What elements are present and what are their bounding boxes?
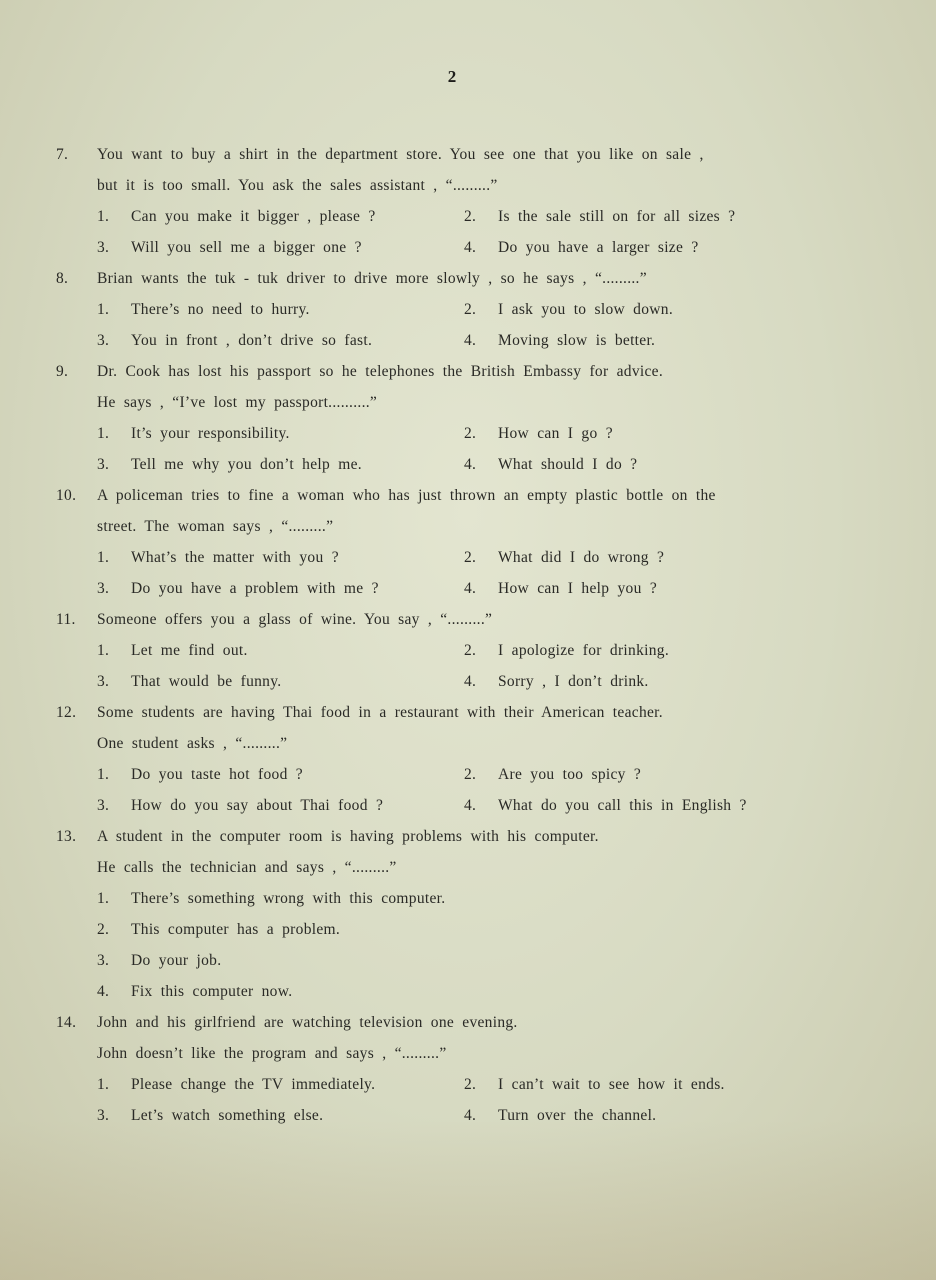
option-number: 4. (464, 575, 498, 603)
answer-option: 4.Turn over the channel. (464, 1102, 656, 1130)
option-text: Please change the TV immediately. (131, 1076, 375, 1093)
question-prompt: but it is too small. You ask the sales a… (97, 172, 498, 200)
option-text: Do you have a problem with me ? (131, 580, 379, 597)
question-prompt: He says , “I’ve lost my passport........… (97, 389, 377, 417)
option-text: Fix this computer now. (131, 983, 292, 1000)
option-text: Turn over the channel. (498, 1107, 656, 1124)
question-prompt-line: 9.Dr. Cook has lost his passport so he t… (56, 358, 886, 389)
option-number: 1. (97, 296, 131, 324)
option-text: It’s your responsibility. (131, 425, 290, 442)
question-number: 7. (56, 141, 68, 169)
option-text: This computer has a problem. (131, 921, 340, 938)
question-prompt: Someone offers you a glass of wine. You … (97, 606, 492, 634)
answer-option: 3.Will you sell me a bigger one ? (97, 234, 362, 262)
answer-option: 2.Is the sale still on for all sizes ? (464, 203, 735, 231)
option-number: 1. (97, 1071, 131, 1099)
options-row: 3.That would be funny.4.Sorry , I don’t … (56, 668, 886, 699)
option-text: I can’t wait to see how it ends. (498, 1076, 725, 1093)
options-row: 1.What’s the matter with you ?2.What did… (56, 544, 886, 575)
answer-option: 1.There’s something wrong with this comp… (97, 885, 445, 913)
option-number: 3. (97, 451, 131, 479)
answer-option: 2.Are you too spicy ? (464, 761, 641, 789)
answer-option: 3.Tell me why you don’t help me. (97, 451, 362, 479)
answer-option: 4.What do you call this in English ? (464, 792, 747, 820)
option-number: 1. (97, 885, 131, 913)
answer-option: 1.Let me find out. (97, 637, 248, 665)
option-number: 2. (464, 203, 498, 231)
question-prompt: You want to buy a shirt in the departmen… (97, 141, 704, 169)
options-row: 1.Please change the TV immediately.2.I c… (56, 1071, 886, 1102)
question-prompt: John and his girlfriend are watching tel… (97, 1009, 518, 1037)
question-prompt-line: 7.You want to buy a shirt in the departm… (56, 141, 886, 172)
option-number: 2. (464, 296, 498, 324)
question-number: 10. (56, 482, 76, 510)
option-number: 1. (97, 637, 131, 665)
question-prompt: He calls the technician and says , “....… (97, 854, 397, 882)
question-prompt-line: street. The woman says , “.........” (56, 513, 886, 544)
answer-option: 2.I apologize for drinking. (464, 637, 669, 665)
question-prompt: Brian wants the tuk - tuk driver to driv… (97, 265, 647, 293)
question-prompt-line: 8.Brian wants the tuk - tuk driver to dr… (56, 265, 886, 296)
option-text: I apologize for drinking. (498, 642, 669, 659)
option-text: There’s no need to hurry. (131, 301, 310, 318)
option-number: 3. (97, 234, 131, 262)
question-number: 12. (56, 699, 76, 727)
option-text: Moving slow is better. (498, 332, 655, 349)
answer-option: 2.What did I do wrong ? (464, 544, 664, 572)
question-prompt: One student asks , “.........” (97, 730, 287, 758)
exam-page: 2 7.You want to buy a shirt in the depar… (0, 0, 936, 1280)
option-text: There’s something wrong with this comput… (131, 890, 445, 907)
answer-option: 4.Do you have a larger size ? (464, 234, 699, 262)
answer-option: 2.I can’t wait to see how it ends. (464, 1071, 725, 1099)
option-text: Can you make it bigger , please ? (131, 208, 376, 225)
answer-option: 4.What should I do ? (464, 451, 637, 479)
question-prompt: A student in the computer room is having… (97, 823, 599, 851)
options-row: 3.You in front , don’t drive so fast.4.M… (56, 327, 886, 358)
question-prompt-line: 11.Someone offers you a glass of wine. Y… (56, 606, 886, 637)
option-number: 3. (97, 792, 131, 820)
answer-option: 3.That would be funny. (97, 668, 281, 696)
answer-option: 2.How can I go ? (464, 420, 613, 448)
options-row: 3.Will you sell me a bigger one ?4.Do yo… (56, 234, 886, 265)
question-prompt: Some students are having Thai food in a … (97, 699, 663, 727)
option-number: 2. (464, 761, 498, 789)
answer-option: 3.Do your job. (97, 947, 221, 975)
option-number: 4. (464, 668, 498, 696)
question-number: 14. (56, 1009, 76, 1037)
option-text: Let’s watch something else. (131, 1107, 323, 1124)
option-text: Sorry , I don’t drink. (498, 673, 649, 690)
options-row: 1.There’s something wrong with this comp… (56, 885, 886, 916)
question-prompt-line: 12.Some students are having Thai food in… (56, 699, 886, 730)
question-prompt-line: but it is too small. You ask the sales a… (56, 172, 886, 203)
question-prompt: A policeman tries to fine a woman who ha… (97, 482, 716, 510)
question-prompt: Dr. Cook has lost his passport so he tel… (97, 358, 663, 386)
answer-option: 4.Moving slow is better. (464, 327, 655, 355)
options-row: 1.Can you make it bigger , please ?2.Is … (56, 203, 886, 234)
question-list: 7.You want to buy a shirt in the departm… (56, 141, 886, 1133)
option-number: 3. (97, 327, 131, 355)
options-row: 3.Do your job. (56, 947, 886, 978)
option-text: What’s the matter with you ? (131, 549, 339, 566)
options-row: 1.There’s no need to hurry.2.I ask you t… (56, 296, 886, 327)
option-text: I ask you to slow down. (498, 301, 673, 318)
option-text: You in front , don’t drive so fast. (131, 332, 372, 349)
option-text: Let me find out. (131, 642, 248, 659)
option-number: 4. (464, 792, 498, 820)
answer-option: 1.Do you taste hot food ? (97, 761, 303, 789)
options-row: 4.Fix this computer now. (56, 978, 886, 1009)
answer-option: 4.How can I help you ? (464, 575, 657, 603)
option-number: 4. (464, 327, 498, 355)
page-number: 2 (0, 67, 904, 87)
option-number: 2. (464, 1071, 498, 1099)
question-number: 8. (56, 265, 68, 293)
option-number: 4. (464, 1102, 498, 1130)
answer-option: 4.Sorry , I don’t drink. (464, 668, 649, 696)
question-number: 13. (56, 823, 76, 851)
answer-option: 2.This computer has a problem. (97, 916, 340, 944)
answer-option: 2.I ask you to slow down. (464, 296, 673, 324)
question-prompt-line: 10.A policeman tries to fine a woman who… (56, 482, 886, 513)
answer-option: 1.It’s your responsibility. (97, 420, 290, 448)
option-number: 1. (97, 761, 131, 789)
option-number: 3. (97, 947, 131, 975)
option-number: 3. (97, 1102, 131, 1130)
options-row: 1.It’s your responsibility.2.How can I g… (56, 420, 886, 451)
option-text: What do you call this in English ? (498, 797, 747, 814)
options-row: 3.Tell me why you don’t help me.4.What s… (56, 451, 886, 482)
option-text: How can I help you ? (498, 580, 657, 597)
option-number: 2. (97, 916, 131, 944)
question-prompt-line: John doesn’t like the program and says ,… (56, 1040, 886, 1071)
question-prompt: John doesn’t like the program and says ,… (97, 1040, 447, 1068)
options-row: 1.Do you taste hot food ?2.Are you too s… (56, 761, 886, 792)
option-text: That would be funny. (131, 673, 281, 690)
options-row: 3.How do you say about Thai food ?4.What… (56, 792, 886, 823)
answer-option: 1.What’s the matter with you ? (97, 544, 339, 572)
answer-option: 3.How do you say about Thai food ? (97, 792, 383, 820)
option-number: 1. (97, 420, 131, 448)
option-text: How do you say about Thai food ? (131, 797, 383, 814)
answer-option: 3.Let’s watch something else. (97, 1102, 323, 1130)
option-number: 3. (97, 575, 131, 603)
option-number: 1. (97, 203, 131, 231)
answer-option: 3.You in front , don’t drive so fast. (97, 327, 372, 355)
option-number: 4. (97, 978, 131, 1006)
option-number: 1. (97, 544, 131, 572)
option-text: Is the sale still on for all sizes ? (498, 208, 735, 225)
option-number: 2. (464, 637, 498, 665)
option-text: Do your job. (131, 952, 221, 969)
question-prompt: street. The woman says , “.........” (97, 513, 333, 541)
option-text: What should I do ? (498, 456, 637, 473)
options-row: 2.This computer has a problem. (56, 916, 886, 947)
question-prompt-line: 14.John and his girlfriend are watching … (56, 1009, 886, 1040)
question-prompt-line: 13.A student in the computer room is hav… (56, 823, 886, 854)
option-number: 3. (97, 668, 131, 696)
options-row: 3.Do you have a problem with me ?4.How c… (56, 575, 886, 606)
question-prompt-line: He calls the technician and says , “....… (56, 854, 886, 885)
option-text: Are you too spicy ? (498, 766, 641, 783)
options-row: 3.Let’s watch something else.4.Turn over… (56, 1102, 886, 1133)
option-number: 4. (464, 234, 498, 262)
answer-option: 3.Do you have a problem with me ? (97, 575, 379, 603)
question-prompt-line: One student asks , “.........” (56, 730, 886, 761)
options-row: 1.Let me find out.2.I apologize for drin… (56, 637, 886, 668)
option-text: How can I go ? (498, 425, 613, 442)
option-text: Tell me why you don’t help me. (131, 456, 362, 473)
option-text: Will you sell me a bigger one ? (131, 239, 362, 256)
answer-option: 1.Please change the TV immediately. (97, 1071, 375, 1099)
question-number: 11. (56, 606, 76, 634)
option-number: 2. (464, 544, 498, 572)
option-number: 2. (464, 420, 498, 448)
question-number: 9. (56, 358, 68, 386)
answer-option: 1.There’s no need to hurry. (97, 296, 310, 324)
answer-option: 4.Fix this computer now. (97, 978, 292, 1006)
option-text: Do you taste hot food ? (131, 766, 303, 783)
option-text: What did I do wrong ? (498, 549, 664, 566)
option-number: 4. (464, 451, 498, 479)
answer-option: 1.Can you make it bigger , please ? (97, 203, 376, 231)
option-text: Do you have a larger size ? (498, 239, 699, 256)
question-prompt-line: He says , “I’ve lost my passport........… (56, 389, 886, 420)
